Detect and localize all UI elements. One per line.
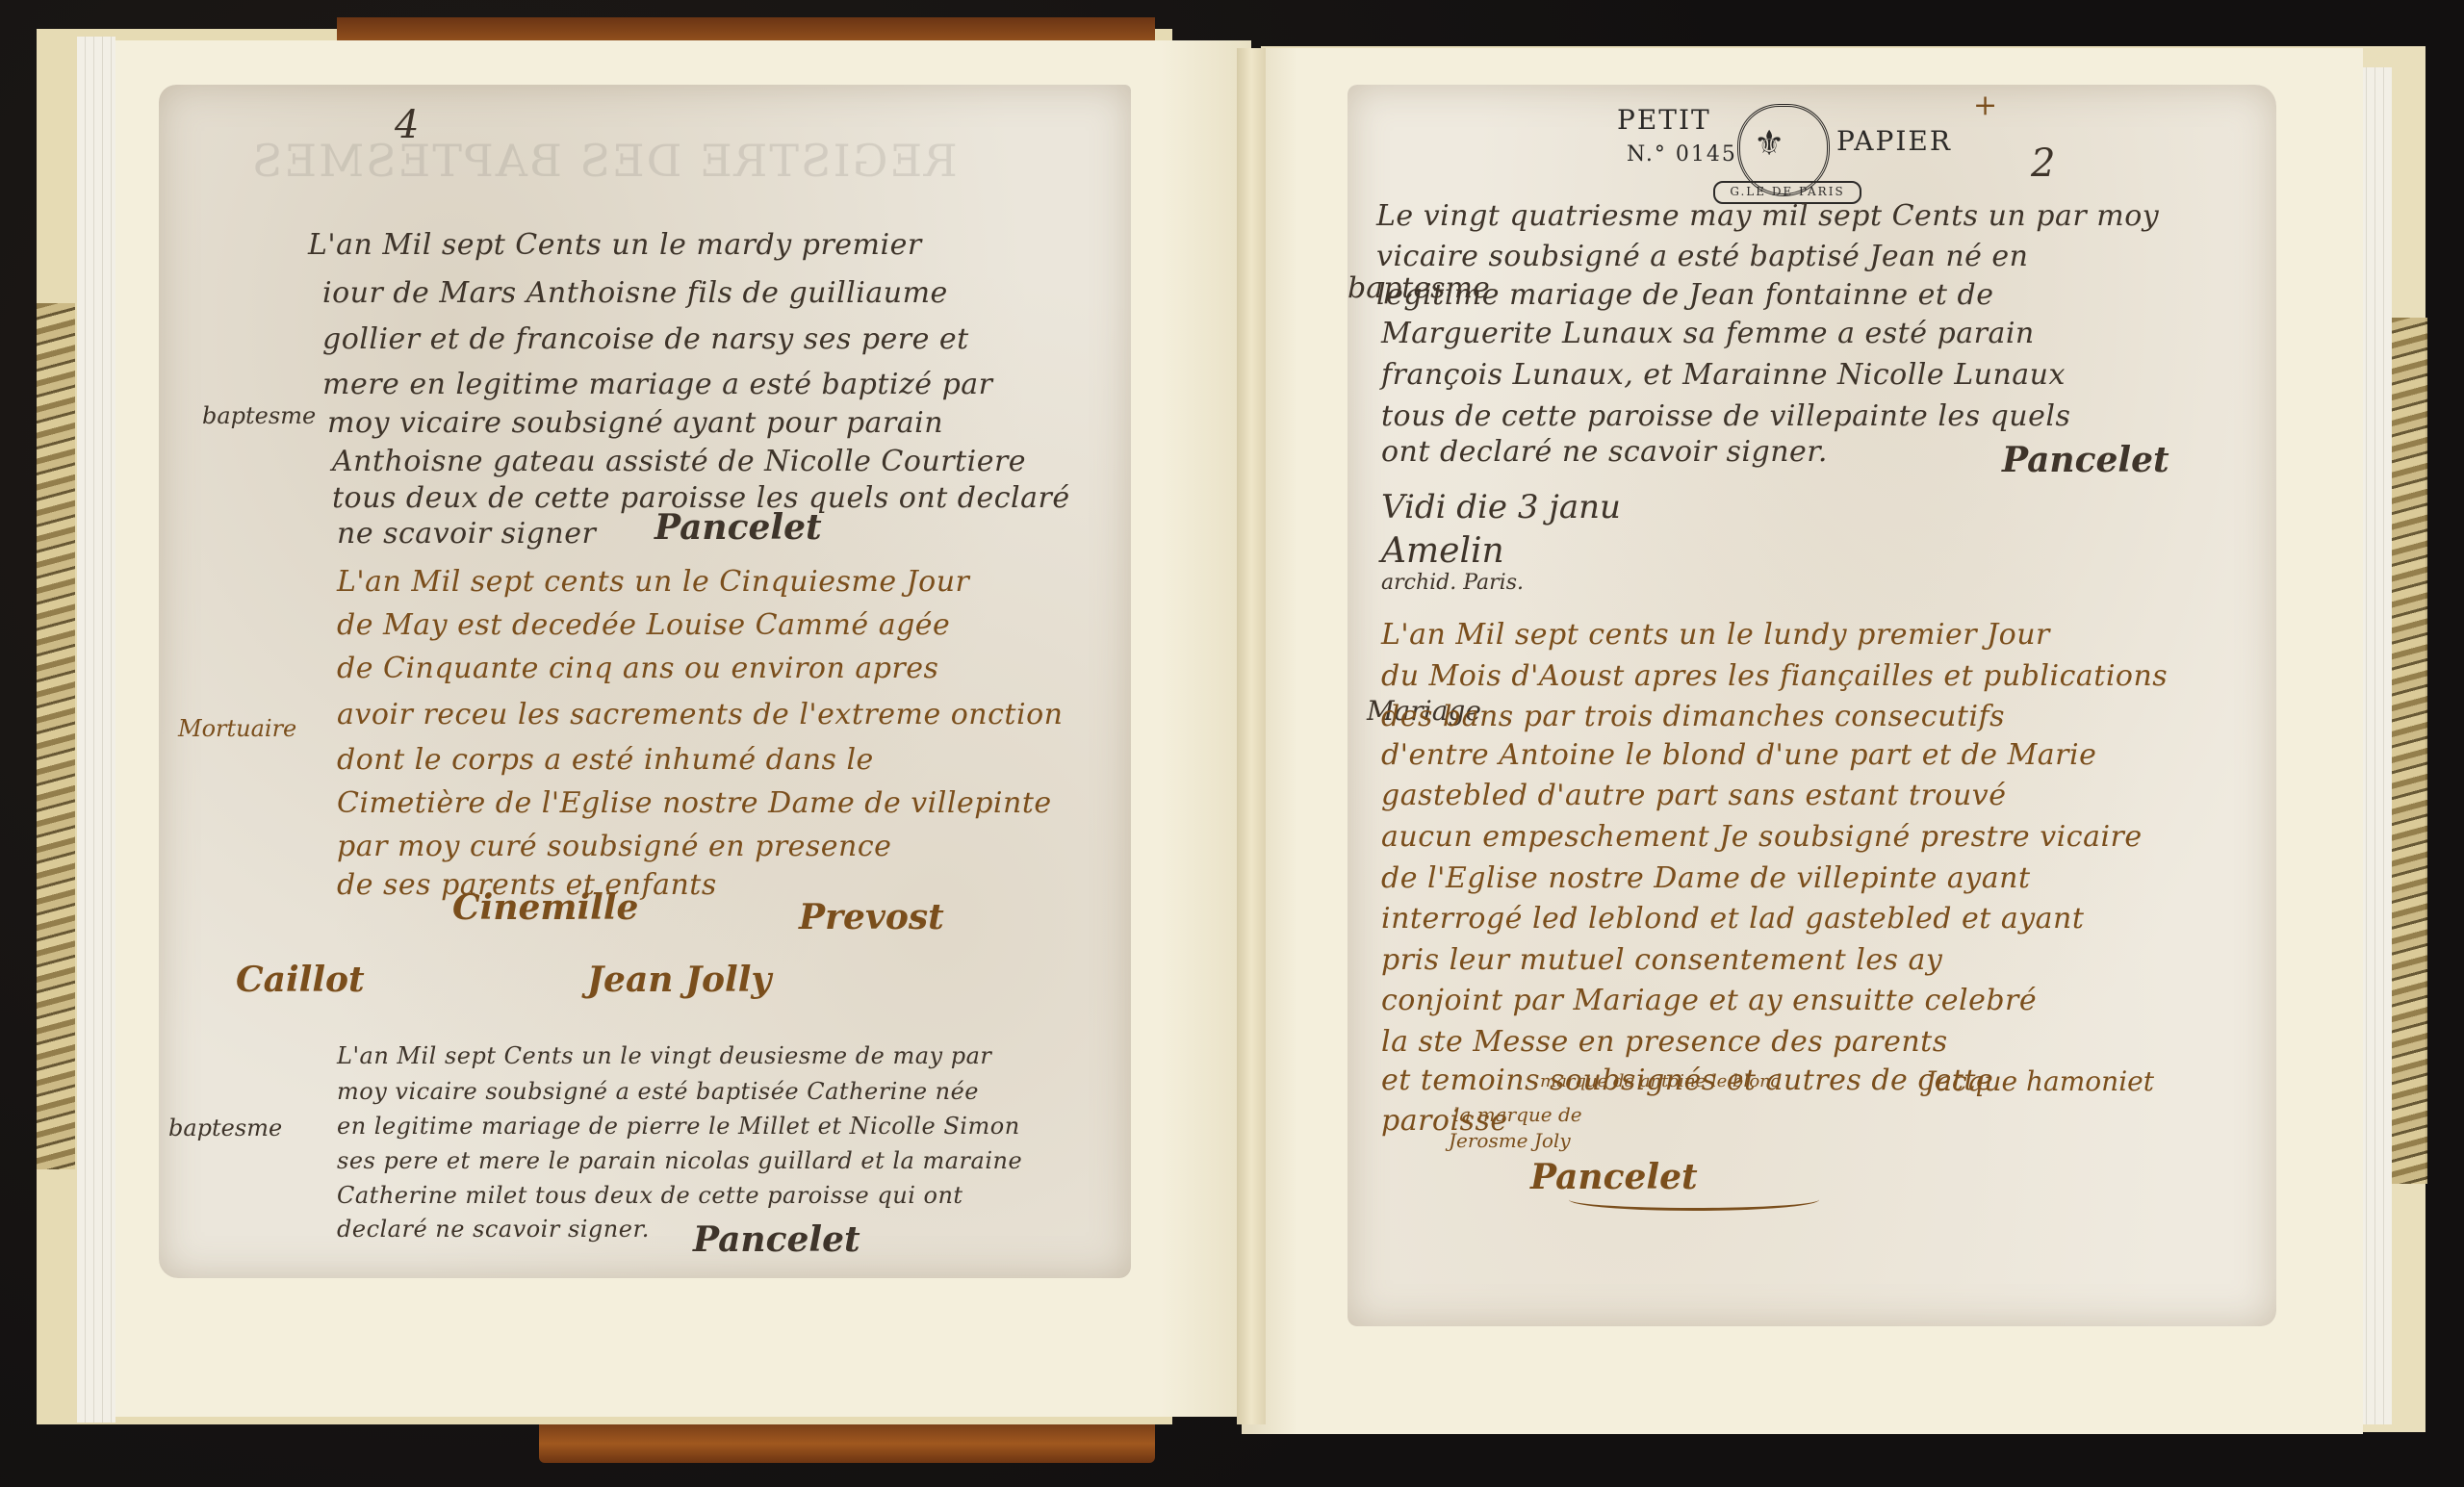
- entry-line: Anthoisne gateau assisté de Nicolle Cour…: [332, 448, 1026, 476]
- tax-stamp: PETIT PAPIER N.° 0145 G.LE DE PARIS: [1617, 96, 1944, 202]
- entry-line: ses pere et mere le parain nicolas guill…: [337, 1149, 1022, 1172]
- marbled-endpaper-left: [37, 303, 75, 1169]
- entry-line: en legitime mariage de pierre le Millet …: [337, 1115, 1020, 1138]
- entry-line: françois Lunaux, et Marainne Nicolle Lun…: [1381, 361, 2066, 390]
- signature-mark: la marque de: [1453, 1105, 1582, 1124]
- entry-line: Le vingt quatriesme may mil sept Cents u…: [1376, 202, 2159, 231]
- entry-line: legitime mariage de Jean fontainne et de: [1376, 281, 1993, 310]
- entry-line: L'an Mil sept cents un le Cinquiesme Jou…: [337, 568, 969, 597]
- inspection-note: Vidi die 3 janu: [1381, 491, 1621, 524]
- signature: Prevost: [799, 900, 944, 935]
- margin-note: Mortuaire: [178, 717, 296, 740]
- entry-line: L'an Mil sept Cents un le vingt deusiesm…: [337, 1044, 991, 1067]
- book-spine-edge-bottom: [539, 1424, 1155, 1463]
- entry-line: dont le corps a esté inhumé dans le: [337, 746, 874, 775]
- entry-line: aucun empeschement Je soubsigné prestre …: [1381, 823, 2143, 852]
- entry-line: de l'Eglise nostre Dame de villepinte ay…: [1381, 864, 2031, 893]
- entry-line: declaré ne scavoir signer.: [337, 1218, 650, 1241]
- entry-line: mere en legitime mariage a esté baptizé …: [322, 371, 993, 399]
- entry-line: gollier et de francoise de narsy ses per…: [322, 325, 969, 354]
- entry-line: pris leur mutuel consentement les ay: [1381, 946, 1942, 975]
- inspection-signature: Amelin: [1381, 534, 1504, 569]
- margin-note: baptesme: [168, 1116, 282, 1140]
- entry-line: moy vicaire soubsigné ayant pour parain: [327, 409, 943, 438]
- stamp-text: N.° 0145: [1627, 142, 1737, 167]
- entry-line: L'an Mil sept Cents un le mardy premier: [308, 231, 922, 260]
- signature-mark: marque de antoine le blond: [1540, 1073, 1782, 1090]
- page-number: 4: [395, 106, 419, 144]
- entry-line: Catherine milet tous deux de cette paroi…: [337, 1184, 963, 1207]
- entry-line: d'entre Antoine le blond d'une part et d…: [1381, 741, 2096, 770]
- margin-note: baptesme: [202, 404, 316, 427]
- book-gutter: [1237, 48, 1266, 1424]
- inspection-title: archid. Paris.: [1381, 573, 1524, 594]
- entry-line: vicaire soubsigné a esté baptisé Jean né…: [1376, 243, 2029, 271]
- ghost-print-heading: REGISTRE DES BAPTESMES: [250, 135, 958, 187]
- page-number: 2: [2031, 144, 2055, 183]
- entry-line: la ste Messe en presence des parents: [1381, 1028, 1948, 1057]
- signature: Jerosme Joly: [1449, 1131, 1571, 1150]
- entry-line: interrogé led leblond et lad gastebled e…: [1381, 905, 2084, 934]
- entry-line: moy vicaire soubsigné a esté baptisée Ca…: [337, 1080, 979, 1103]
- entry-line: L'an Mil sept cents un le lundy premier …: [1381, 621, 2050, 650]
- entry-line: tous de cette paroisse de villepainte le…: [1381, 402, 2070, 431]
- entry-line: Marguerite Lunaux sa femme a esté parain: [1381, 320, 2035, 348]
- entry-line: ont declaré ne scavoir signer.: [1381, 438, 1828, 467]
- signature: Jacque hamoniet: [1925, 1068, 2154, 1095]
- signature-flourish: [1569, 1189, 1819, 1211]
- page-stack-right: [2358, 67, 2392, 1424]
- entry-line: iour de Mars Anthoisne fils de guilliaum…: [322, 279, 948, 308]
- entry-line: Cimetière de l'Eglise nostre Dame de vil…: [337, 789, 1052, 818]
- entry-line: par moy curé soubsigné en presence: [337, 833, 891, 861]
- entry-line: de May est decedée Louise Cammé agée: [337, 611, 950, 640]
- entry-line: de Cinquante cinq ans ou environ apres: [337, 654, 938, 683]
- entry-line: conjoint par Mariage et ay ensuitte cele…: [1381, 987, 2037, 1015]
- cross-mark-icon: +: [1973, 91, 1997, 120]
- entry-line: gastebled d'autre part sans estant trouv…: [1381, 782, 2006, 810]
- page-stack-left: [77, 37, 115, 1423]
- entry-line: des bans par trois dimanches consecutifs: [1381, 703, 2005, 731]
- signature: Pancelet: [2002, 443, 2169, 477]
- signature: Cinemille: [452, 890, 638, 925]
- entry-line: du Mois d'Aoust apres les fiançailles et…: [1381, 662, 2168, 691]
- signature: Pancelet: [693, 1222, 860, 1257]
- signature: Jean Jolly: [587, 962, 771, 997]
- entry-line: avoir receu les sacrements de l'extreme …: [337, 701, 1063, 730]
- signature: Pancelet: [654, 510, 822, 545]
- signature: Caillot: [236, 962, 365, 997]
- stamp-text: PAPIER: [1836, 125, 1952, 157]
- entry-line: ne scavoir signer: [337, 520, 596, 549]
- marbled-endpaper-right: [2389, 318, 2427, 1184]
- stamp-text: PETIT: [1617, 104, 1711, 136]
